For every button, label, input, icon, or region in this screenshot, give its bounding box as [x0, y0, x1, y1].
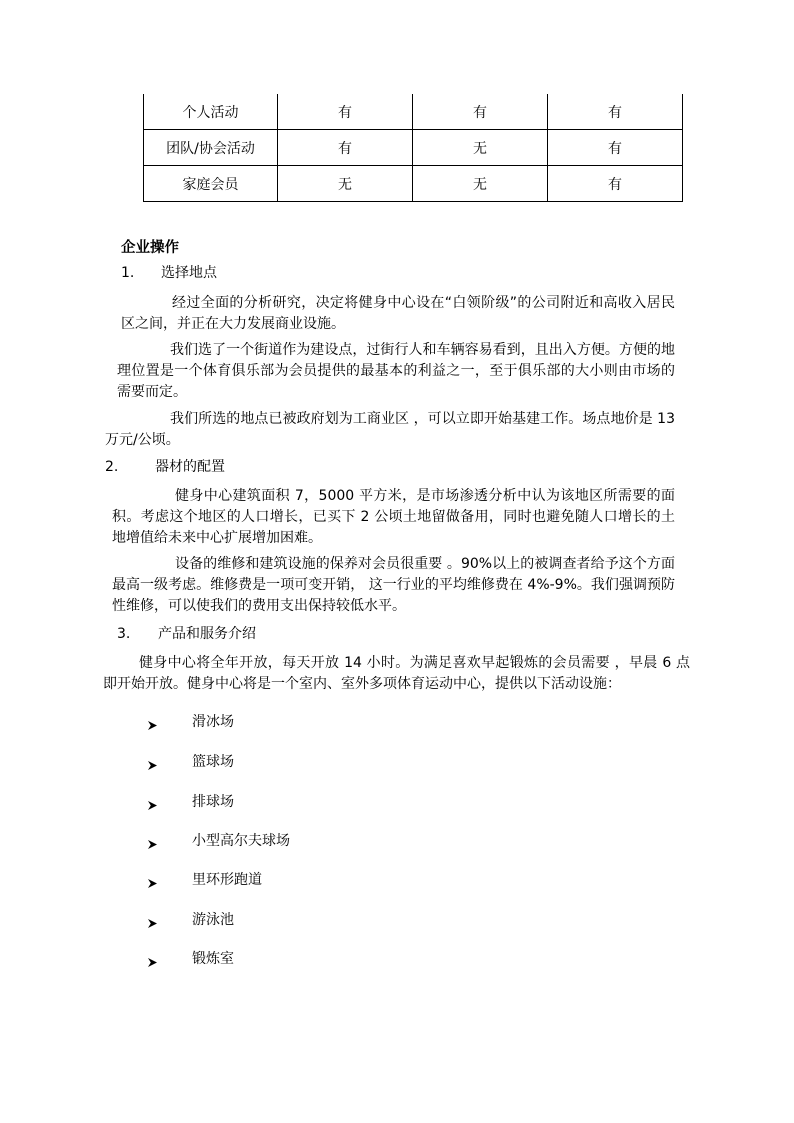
table-row: 个人活动 有 有 有: [144, 94, 683, 130]
item-number: 3.: [117, 624, 158, 645]
numbered-item-2: 2.器材的配置: [105, 457, 225, 478]
facility-label: 锻炼室: [192, 949, 234, 970]
item-title: 产品和服务介绍: [158, 626, 256, 642]
arrowhead-right-icon: [147, 797, 158, 808]
paragraph: 健身中心建筑面积 7，5000 平方米，是市场渗透分析中认为该地区所需要的面积。…: [112, 486, 675, 549]
arrowhead-right-icon: [147, 954, 158, 965]
table-cell-value: 无: [278, 166, 413, 202]
table-row: 家庭会员 无 无 有: [144, 166, 683, 202]
paragraph: 我们所选的地点已被政府划为工商业区 ，可以立即开始基建工作。场点地价是 13 万…: [105, 409, 675, 451]
facility-label: 篮球场: [192, 752, 234, 773]
paragraph: 我们选了一个街道作为建设点，过街行人和车辆容易看到，且出入方便。方便的地理位置是…: [117, 340, 675, 403]
table-cell-row-label: 个人活动: [144, 94, 278, 130]
paragraph: 经过全面的分析研究，决定将健身中心设在“白领阶级”的公司附近和高收入居民区之间，…: [121, 293, 675, 335]
arrowhead-right-icon: [147, 717, 158, 728]
facility-label: 排球场: [192, 792, 234, 813]
table-cell-value: 有: [548, 166, 683, 202]
arrowhead-right-icon: [147, 915, 158, 926]
document-page: 个人活动 有 有 有 团队/协会活动 有 无 有 家庭会员 无 无 有 企业操作…: [0, 0, 794, 1123]
membership-comparison-table: 个人活动 有 有 有 团队/协会活动 有 无 有 家庭会员 无 无 有: [143, 94, 683, 202]
table-cell-row-label: 团队/协会活动: [144, 130, 278, 166]
table-cell-row-label: 家庭会员: [144, 166, 278, 202]
facility-label: 游泳池: [192, 910, 234, 931]
table-cell-value: 有: [413, 94, 548, 130]
table-row: 团队/协会活动 有 无 有: [144, 130, 683, 166]
arrowhead-right-icon: [147, 875, 158, 886]
numbered-item-1: 1.选择地点: [121, 263, 217, 284]
facility-label: 里环形跑道: [192, 870, 262, 891]
paragraph: 设备的维修和建筑设施的保养对会员很重要 。90%以上的被调查者给予这个方面最高一…: [112, 554, 675, 617]
arrowhead-right-icon: [147, 757, 158, 768]
table-cell-value: 有: [278, 130, 413, 166]
item-title: 器材的配置: [155, 459, 225, 475]
table-cell-value: 有: [278, 94, 413, 130]
section-heading: 企业操作: [121, 238, 179, 259]
item-title: 选择地点: [161, 265, 217, 281]
item-number: 2.: [105, 457, 155, 478]
table-cell-value: 有: [548, 130, 683, 166]
table-cell-value: 无: [413, 130, 548, 166]
paragraph: 健身中心将全年开放，每天开放 14 小时。为满足喜欢早起锻炼的会员需要 ，早晨 …: [103, 653, 690, 695]
table-cell-value: 有: [548, 94, 683, 130]
table-cell-value: 无: [413, 166, 548, 202]
arrowhead-right-icon: [147, 836, 158, 847]
facility-label: 小型高尔夫球场: [192, 831, 290, 852]
numbered-item-3: 3.产品和服务介绍: [117, 624, 256, 645]
facility-label: 滑冰场: [192, 712, 234, 733]
item-number: 1.: [121, 263, 161, 284]
